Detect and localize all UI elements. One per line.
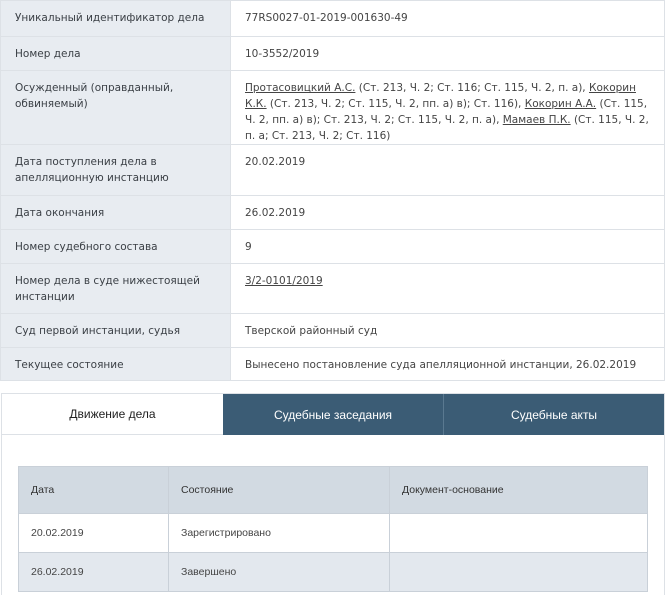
- tab-case-movement[interactable]: Движение дела: [2, 394, 223, 435]
- field-label: Номер дела в суде нижестоящей инстанции: [1, 264, 231, 314]
- case-info-row: Текущее состояние Вынесено постановление…: [1, 348, 665, 381]
- cell-date: 26.02.2019: [19, 553, 169, 592]
- defendant-articles: (Ст. 213, Ч. 2; Ст. 115, Ч. 2, пп. а) в)…: [267, 98, 525, 110]
- table-row: 26.02.2019 Завершено: [19, 553, 648, 592]
- defendant-link[interactable]: Мамаев П.К.: [503, 114, 571, 126]
- table-row: 20.02.2019 Зарегистрировано: [19, 514, 648, 553]
- tab-bar: Движение дела Судебные заседания Судебны…: [2, 394, 664, 435]
- field-value-status: Вынесено постановление суда апелляционно…: [231, 348, 665, 381]
- field-label: Уникальный идентификатор дела: [1, 1, 231, 37]
- field-label: Дата окончания: [1, 196, 231, 230]
- field-value-first-court: Тверской районный суд: [231, 314, 665, 348]
- field-value-appeal-date: 20.02.2019: [231, 145, 665, 196]
- tab-court-sessions[interactable]: Судебные заседания: [223, 394, 444, 435]
- field-label: Осужденный (оправданный, обвиняемый): [1, 71, 231, 145]
- field-value-uid: 77RS0027-01-2019-001630-49: [231, 1, 665, 37]
- field-label: Номер судебного состава: [1, 230, 231, 264]
- field-label: Текущее состояние: [1, 348, 231, 381]
- column-header-date: Дата: [19, 467, 169, 514]
- defendant-link[interactable]: Кокорин А.А.: [525, 98, 596, 110]
- field-label: Дата поступления дела в апелляционную ин…: [1, 145, 231, 196]
- field-value-lower-case: 3/2-0101/2019: [231, 264, 665, 314]
- case-info-table: Уникальный идентификатор дела 77RS0027-0…: [0, 0, 665, 381]
- case-info-row: Номер дела в суде нижестоящей инстанции …: [1, 264, 665, 314]
- lower-case-link[interactable]: 3/2-0101/2019: [245, 275, 323, 287]
- case-movement-table: Дата Состояние Документ-основание 20.02.…: [18, 466, 648, 592]
- tab-court-acts[interactable]: Судебные акты: [444, 394, 664, 435]
- cell-document: [390, 514, 648, 553]
- case-info-row: Дата окончания 26.02.2019: [1, 196, 665, 230]
- field-value-panel-number: 9: [231, 230, 665, 264]
- field-value-case-number: 10-3552/2019: [231, 37, 665, 71]
- case-info-row: Осужденный (оправданный, обвиняемый) Про…: [1, 71, 665, 145]
- defendant-link[interactable]: Протасовицкий А.С.: [245, 82, 355, 94]
- field-value-defendants: Протасовицкий А.С. (Ст. 213, Ч. 2; Ст. 1…: [231, 71, 665, 145]
- cell-date: 20.02.2019: [19, 514, 169, 553]
- case-info-row: Суд первой инстанции, судья Тверской рай…: [1, 314, 665, 348]
- field-value-end-date: 26.02.2019: [231, 196, 665, 230]
- column-header-status: Состояние: [169, 467, 390, 514]
- cell-document: [390, 553, 648, 592]
- field-label: Номер дела: [1, 37, 231, 71]
- defendant-articles: (Ст. 213, Ч. 2; Ст. 116; Ст. 115, Ч. 2, …: [355, 82, 589, 94]
- column-header-document: Документ-основание: [390, 467, 648, 514]
- case-info-row: Уникальный идентификатор дела 77RS0027-0…: [1, 1, 665, 37]
- cell-status: Завершено: [169, 553, 390, 592]
- case-info-row: Номер судебного состава 9: [1, 230, 665, 264]
- case-info-row: Дата поступления дела в апелляционную ин…: [1, 145, 665, 196]
- field-label: Суд первой инстанции, судья: [1, 314, 231, 348]
- table-header-row: Дата Состояние Документ-основание: [19, 467, 648, 514]
- cell-status: Зарегистрировано: [169, 514, 390, 553]
- case-info-row: Номер дела 10-3552/2019: [1, 37, 665, 71]
